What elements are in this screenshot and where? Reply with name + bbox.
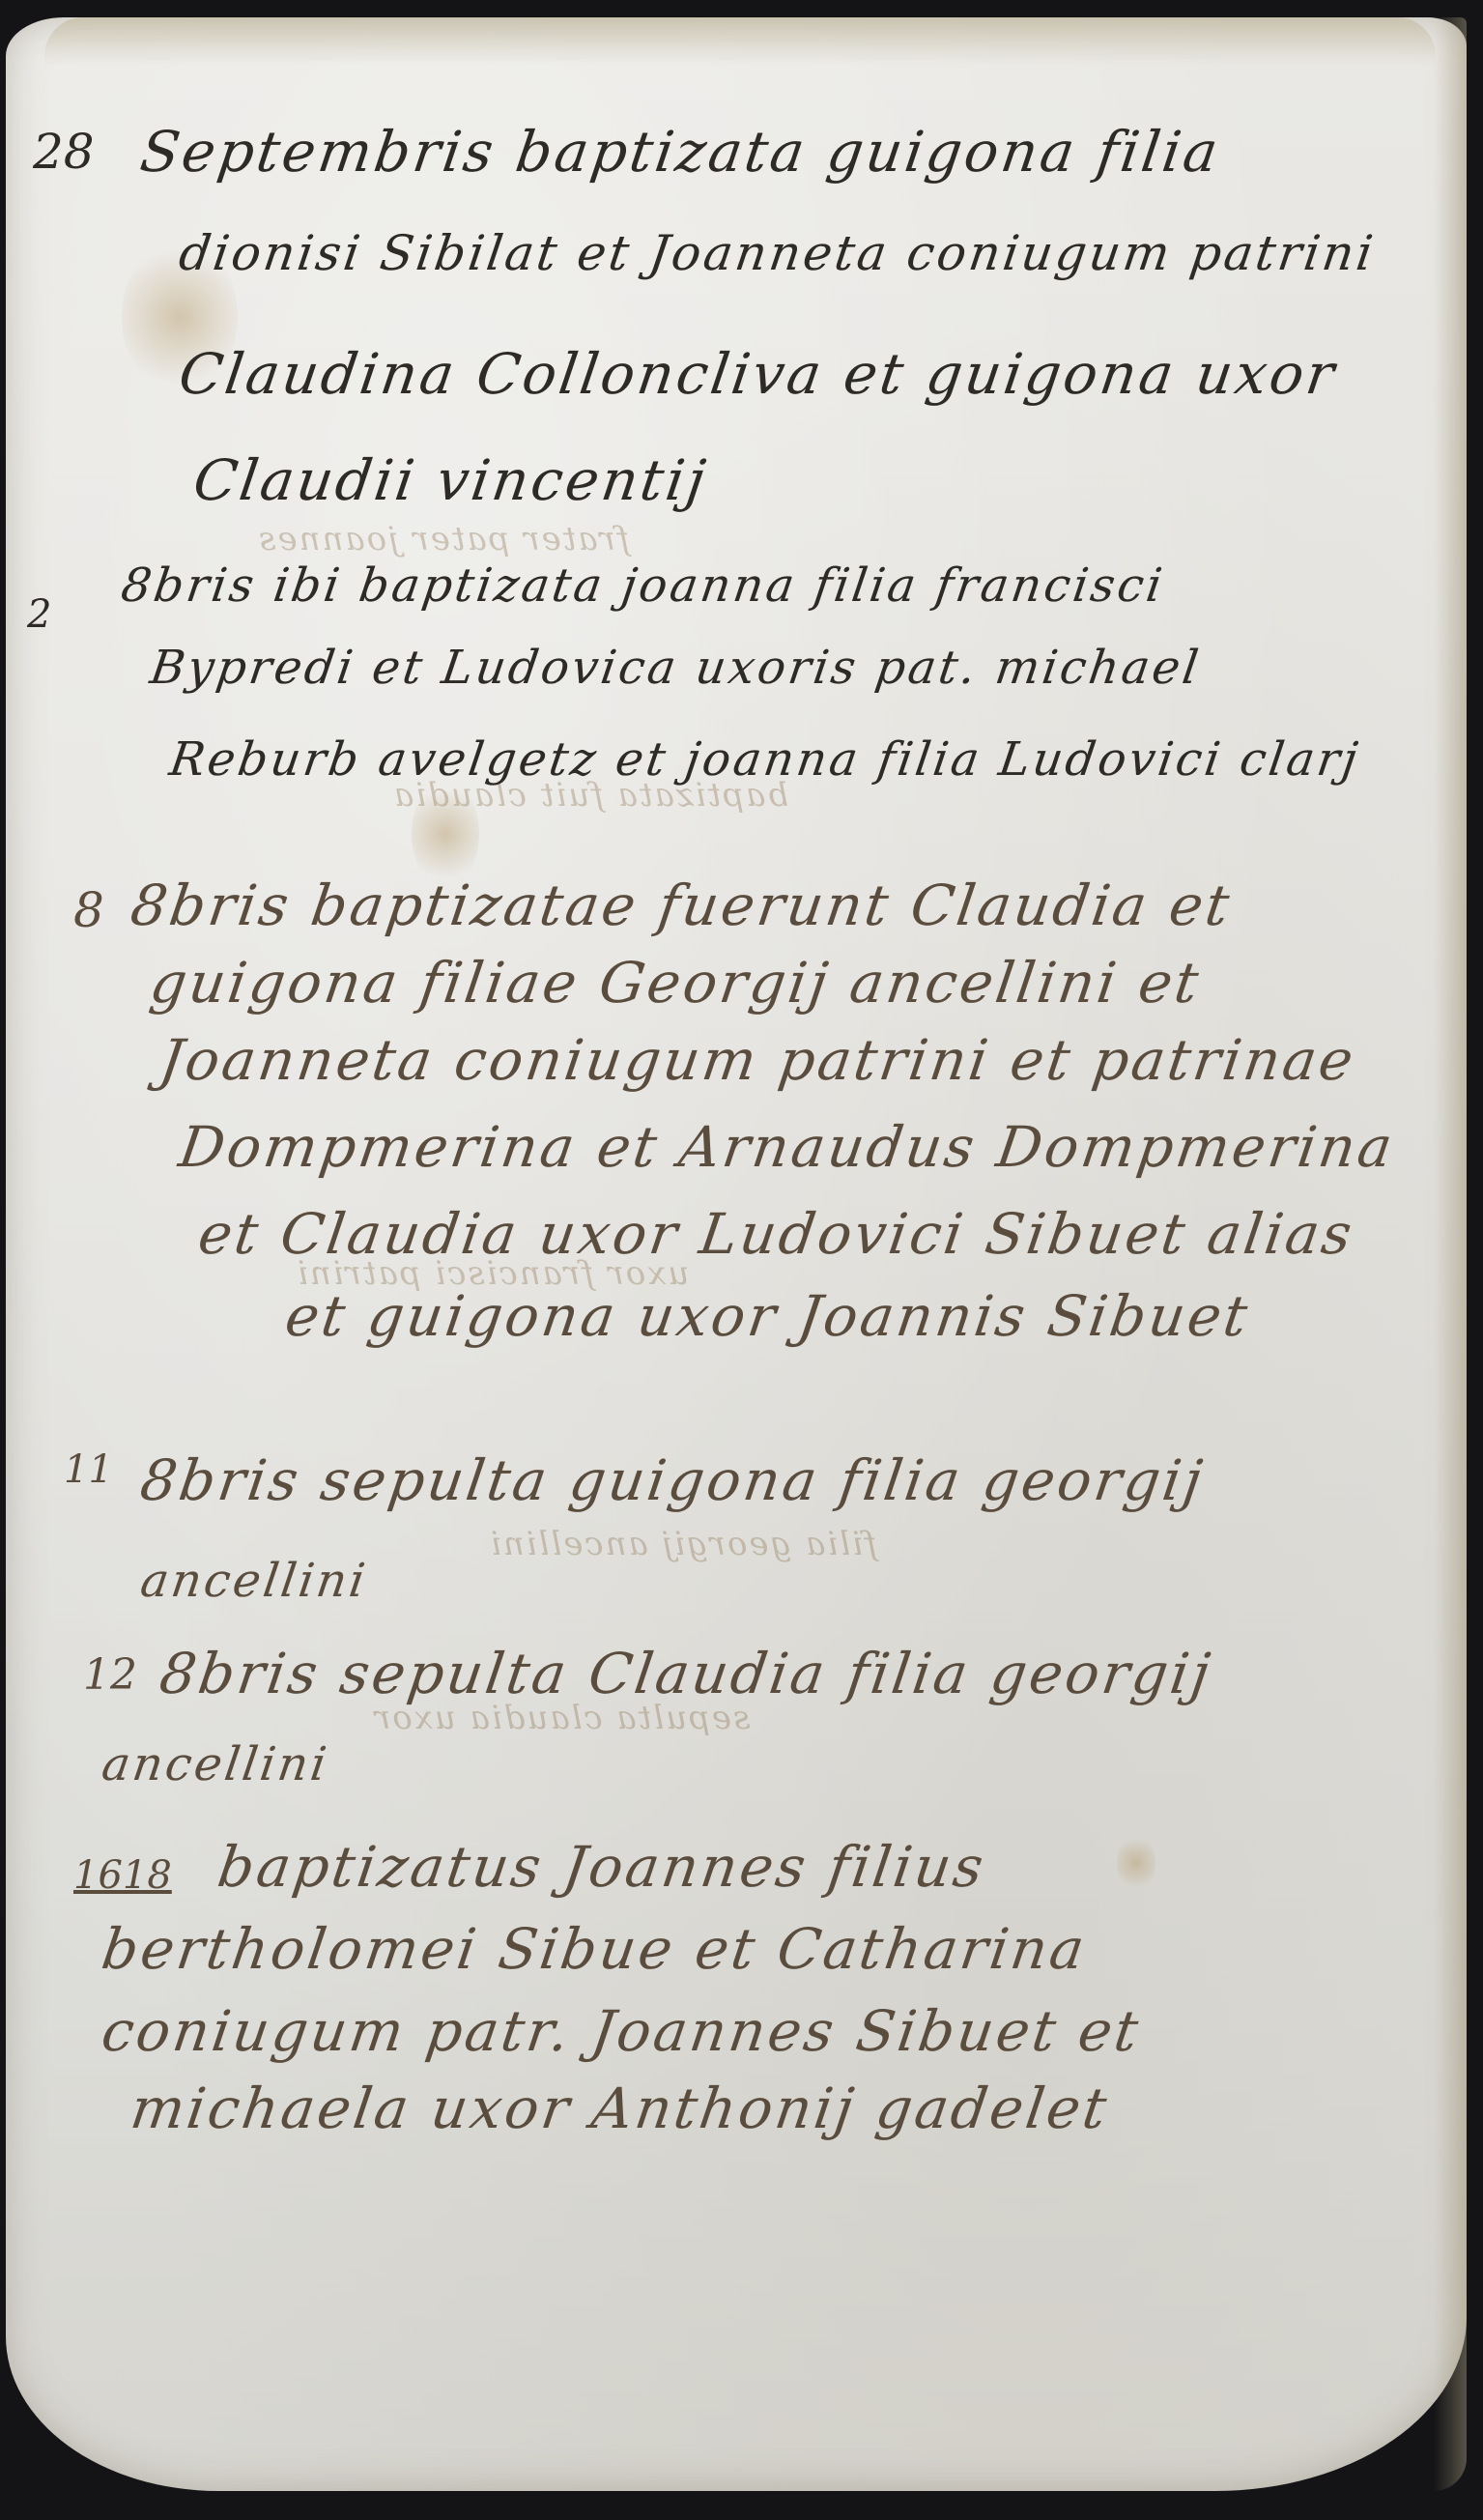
stain (1117, 1834, 1155, 1892)
entry-line: Bypredi et Ludovica uxoris pat. michael (147, 641, 1205, 695)
entry-date-margin: 1618 (73, 1853, 172, 1898)
entry-date-margin: 11 (64, 1447, 113, 1492)
manuscript-page: frater pater joannes baptizata fuit clau… (6, 17, 1467, 2491)
entry-line: et guigona uxor Joannis Sibuet (281, 1283, 1254, 1349)
entry-line: michaela uxor Anthonij gadelet (127, 2076, 1113, 2141)
entry-line: ancellini (137, 1554, 371, 1608)
entry-line: Claudina Colloncliva et guigona uxor (175, 341, 1341, 407)
entry-line: 8bris ibi baptizata joanna filia francis… (118, 558, 1168, 613)
entry-line: ancellini (99, 1737, 332, 1791)
bleed-through-line: frater pater joannes (257, 520, 629, 558)
entry-line: 8bris sepulta guigona filia georgij (136, 1447, 1209, 1513)
bleed-through-line: filia georgij ancellini (489, 1525, 877, 1563)
entry-line: Reburb avelgetz et joanna filia Ludovici… (166, 732, 1363, 787)
entry-date-margin: 8 (73, 882, 104, 938)
entry-line: dionisi Sibilat et Joanneta coniugum pat… (176, 225, 1379, 281)
page-edge-right (1434, 17, 1467, 2491)
entry-line: et Claudia uxor Ludovici Sibuet alias (194, 1201, 1358, 1267)
entry-line: Septembris baptizata guigona filia (136, 119, 1224, 185)
entry-line: bertholomei Sibue et Catharina (98, 1916, 1091, 1982)
entry-line: Joanneta coniugum patrini et patrinae (156, 1027, 1359, 1093)
entry-line: 8bris baptizatae fuerunt Claudia et (127, 873, 1236, 938)
entry-line: Dompmerina et Arnaudus Dompmerina (175, 1114, 1399, 1180)
entry-line: 8bris sepulta Claudia filia georgij (156, 1641, 1216, 1706)
frayed-top-edge (44, 17, 1436, 66)
entry-date-margin: 12 (83, 1650, 137, 1700)
entry-line: guigona filiae Georgij ancellini et (146, 950, 1205, 1016)
entry-date-margin: 28 (33, 124, 95, 180)
entry-line: coniugum patr. Joannes Sibuet et (98, 1998, 1145, 2064)
entry-line: baptizatus Joannes filius (214, 1834, 989, 1900)
entry-line: Claudii vincentij (189, 447, 712, 513)
entry-date-margin: 2 (27, 592, 51, 637)
